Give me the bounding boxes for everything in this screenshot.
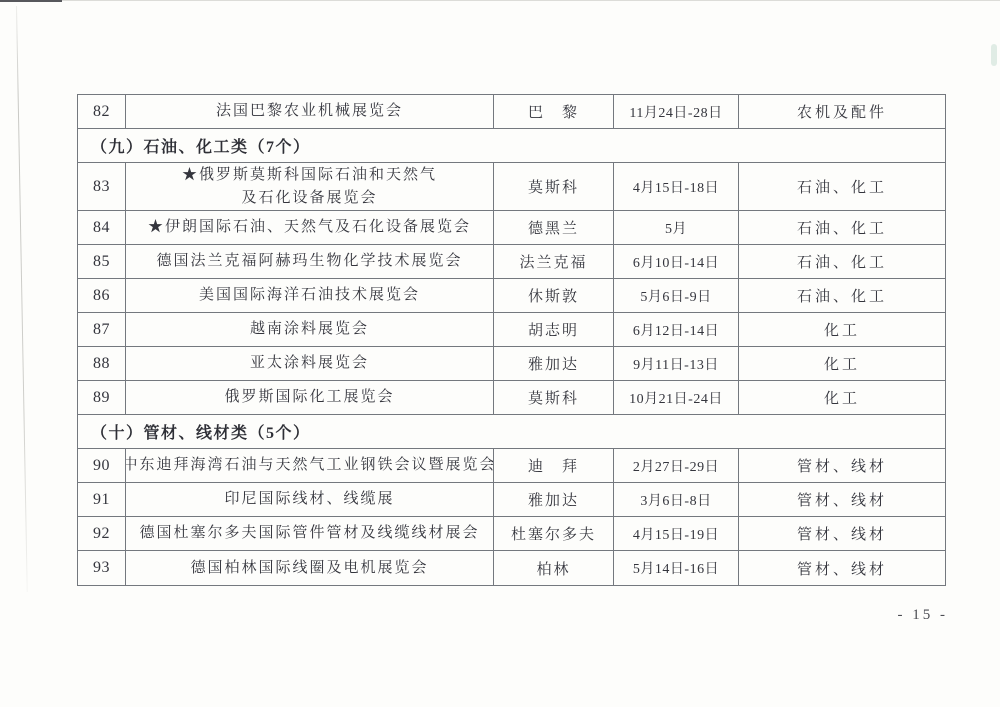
- category-cell: 管材、线材: [739, 551, 945, 585]
- city-cell: 休斯敦: [494, 279, 614, 312]
- category-cell: 农机及配件: [739, 95, 945, 128]
- scan-top-left-edge-artifact: [0, 0, 62, 2]
- category-cell: 化工: [739, 381, 945, 414]
- scan-left-edge-artifact: [16, 6, 28, 592]
- city-cell: 莫斯科: [494, 381, 614, 414]
- exhibition-name-cell: 法国巴黎农业机械展览会: [126, 95, 494, 128]
- date-range-cell: 3月6日-8日: [614, 483, 739, 516]
- category-cell: 石油、化工: [739, 245, 945, 278]
- table-row: 83 ★俄罗斯莫斯科国际石油和天然气 及石化设备展览会 莫斯科 4月15日-18…: [78, 163, 945, 211]
- exhibition-name-cell: 亚太涂料展览会: [126, 347, 494, 380]
- city-cell: 迪 拜: [494, 449, 614, 482]
- city-cell: 柏林: [494, 551, 614, 585]
- row-number-cell: 87: [78, 313, 126, 346]
- row-number-cell: 90: [78, 449, 126, 482]
- category-cell: 管材、线材: [739, 517, 945, 550]
- exhibition-name-cell: 越南涂料展览会: [126, 313, 494, 346]
- scan-top-edge-artifact: [0, 0, 1000, 1]
- row-number-cell: 89: [78, 381, 126, 414]
- page-number: - 15 -: [0, 607, 948, 624]
- row-number-cell: 92: [78, 517, 126, 550]
- table-row: 90 中东迪拜海湾石油与天然气工业钢铁会议暨展览会 迪 拜 2月27日-29日 …: [78, 449, 945, 483]
- date-range-cell: 6月10日-14日: [614, 245, 739, 278]
- table-row: 86 美国国际海洋石油技术展览会 休斯敦 5月6日-9日 石油、化工: [78, 279, 945, 313]
- city-cell: 巴 黎: [494, 95, 614, 128]
- date-range-cell: 2月27日-29日: [614, 449, 739, 482]
- date-range-cell: 4月15日-18日: [614, 163, 739, 210]
- table-row: 93 德国柏林国际线圈及电机展览会 柏林 5月14日-16日 管材、线材: [78, 551, 945, 585]
- category-cell: 石油、化工: [739, 163, 945, 210]
- row-number-cell: 84: [78, 211, 126, 244]
- exhibition-name-cell: ★伊朗国际石油、天然气及石化设备展览会: [126, 211, 494, 244]
- city-cell: 雅加达: [494, 347, 614, 380]
- table-row: 87 越南涂料展览会 胡志明 6月12日-14日 化工: [78, 313, 945, 347]
- city-cell: 德黑兰: [494, 211, 614, 244]
- exhibition-name-cell: 德国法兰克福阿赫玛生物化学技术展览会: [126, 245, 494, 278]
- exhibition-name-cell: 俄罗斯国际化工展览会: [126, 381, 494, 414]
- exhibition-name-line2: 及石化设备展览会: [241, 187, 377, 210]
- city-cell: 杜塞尔多夫: [494, 517, 614, 550]
- row-number-cell: 85: [78, 245, 126, 278]
- scanned-document-page: 82 法国巴黎农业机械展览会 巴 黎 11月24日-28日 农机及配件 （九）石…: [0, 0, 1000, 707]
- section-label: （九）石油、化工类（7个）: [78, 134, 311, 157]
- table-row: 91 印尼国际线材、线缆展 雅加达 3月6日-8日 管材、线材: [78, 483, 945, 517]
- table-row: 85 德国法兰克福阿赫玛生物化学技术展览会 法兰克福 6月10日-14日 石油、…: [78, 245, 945, 279]
- date-range-cell: 5月: [614, 211, 739, 244]
- category-cell: 管材、线材: [739, 483, 945, 516]
- category-cell: 石油、化工: [739, 279, 945, 312]
- exhibition-name-cell: 德国柏林国际线圈及电机展览会: [126, 551, 494, 585]
- row-number-cell: 91: [78, 483, 126, 516]
- exhibition-name-cell: 美国国际海洋石油技术展览会: [126, 279, 494, 312]
- table-row: 88 亚太涂料展览会 雅加达 9月11日-13日 化工: [78, 347, 945, 381]
- exhibition-schedule-table: 82 法国巴黎农业机械展览会 巴 黎 11月24日-28日 农机及配件 （九）石…: [77, 94, 946, 586]
- city-cell: 胡志明: [494, 313, 614, 346]
- city-cell: 莫斯科: [494, 163, 614, 210]
- exhibition-name-cell: ★俄罗斯莫斯科国际石油和天然气 及石化设备展览会: [126, 163, 494, 210]
- date-range-cell: 5月6日-9日: [614, 279, 739, 312]
- table-row: 92 德国杜塞尔多夫国际管件管材及线缆线材展会 杜塞尔多夫 4月15日-19日 …: [78, 517, 945, 551]
- table-row: 82 法国巴黎农业机械展览会 巴 黎 11月24日-28日 农机及配件: [78, 95, 945, 129]
- category-cell: 管材、线材: [739, 449, 945, 482]
- row-number-cell: 88: [78, 347, 126, 380]
- category-cell: 化工: [739, 347, 945, 380]
- table-row: 84 ★伊朗国际石油、天然气及石化设备展览会 德黑兰 5月 石油、化工: [78, 211, 945, 245]
- date-range-cell: 5月14日-16日: [614, 551, 739, 585]
- exhibition-name-cell: 印尼国际线材、线缆展: [126, 483, 494, 516]
- scan-right-smudge-artifact: [991, 44, 997, 66]
- date-range-cell: 11月24日-28日: [614, 95, 739, 128]
- row-number-cell: 93: [78, 551, 126, 585]
- section-header-row: （九）石油、化工类（7个）: [78, 129, 945, 163]
- table-row: 89 俄罗斯国际化工展览会 莫斯科 10月21日-24日 化工: [78, 381, 945, 415]
- row-number-cell: 82: [78, 95, 126, 128]
- section-label: （十）管材、线材类（5个）: [78, 420, 311, 443]
- exhibition-name-cell: 德国杜塞尔多夫国际管件管材及线缆线材展会: [126, 517, 494, 550]
- date-range-cell: 4月15日-19日: [614, 517, 739, 550]
- city-cell: 法兰克福: [494, 245, 614, 278]
- date-range-cell: 10月21日-24日: [614, 381, 739, 414]
- category-cell: 化工: [739, 313, 945, 346]
- row-number-cell: 86: [78, 279, 126, 312]
- date-range-cell: 9月11日-13日: [614, 347, 739, 380]
- row-number-cell: 83: [78, 163, 126, 210]
- section-header-row: （十）管材、线材类（5个）: [78, 415, 945, 449]
- category-cell: 石油、化工: [739, 211, 945, 244]
- exhibition-name-cell: 中东迪拜海湾石油与天然气工业钢铁会议暨展览会: [126, 449, 494, 482]
- exhibition-name-line1: ★俄罗斯莫斯科国际石油和天然气: [182, 164, 437, 187]
- date-range-cell: 6月12日-14日: [614, 313, 739, 346]
- city-cell: 雅加达: [494, 483, 614, 516]
